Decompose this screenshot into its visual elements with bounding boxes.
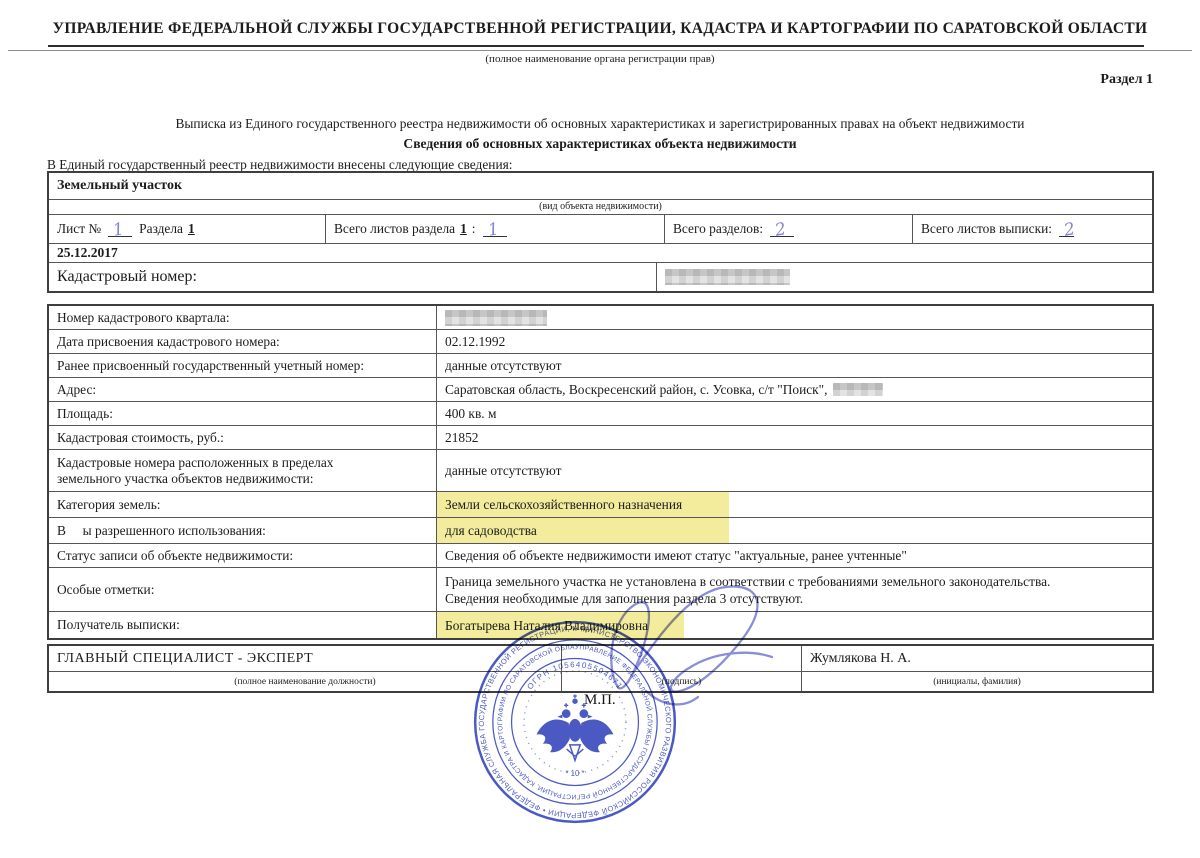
handwritten-number: 1 [483, 221, 507, 237]
row-label: В ы разрешенного использования: [49, 518, 437, 543]
row-label: Особые отметки: [49, 568, 437, 611]
redacted-block [665, 269, 790, 285]
row-value: 02.12.1992 [437, 330, 1152, 353]
table-row: В ы разрешенного использования:для садов… [49, 518, 1152, 544]
printed-text: Всего листов раздела [334, 221, 455, 237]
row-label: Кадастровые номера расположенных в преде… [49, 450, 437, 491]
org-name-caption: (полное наименование органа регистрации … [0, 53, 1200, 65]
name-caption: (инициалы, фамилия) [802, 672, 1152, 691]
signer-name: Жумлякова Н. А. [802, 646, 1152, 671]
row-value: 21852 [437, 426, 1152, 449]
handwritten-number: 2 [770, 221, 794, 237]
sheet-count-cell: Всего листов выписки:2 [913, 215, 1152, 243]
row-value: данные отсутствуют [437, 354, 1152, 377]
row-label: Кадастровая стоимость, руб.: [49, 426, 437, 449]
sheet-counts-row: Лист №1Раздела1Всего листов раздела1:1Вс… [49, 215, 1152, 244]
value-text: данные отсутствуют [445, 462, 561, 479]
value-text: Сведения об объекте недвижимости имеют с… [445, 547, 907, 564]
cadastral-number-value [657, 263, 1152, 291]
extract-date: 25.12.2017 [57, 245, 118, 261]
redacted-block [833, 383, 883, 396]
value-text: 400 кв. м [445, 405, 496, 422]
object-type: Земельный участок [57, 178, 182, 194]
value-text: 02.12.1992 [445, 333, 505, 350]
handwritten-number: 1 [108, 221, 132, 237]
row-label: Дата присвоения кадастрового номера: [49, 330, 437, 353]
org-name-title: УПРАВЛЕНИЕ ФЕДЕРАЛЬНОЙ СЛУЖБЫ ГОСУДАРСТВ… [45, 20, 1155, 38]
row-label: Кадастровый номер: [57, 268, 197, 286]
value-text: данные отсутствуют [445, 357, 561, 374]
row-value: 400 кв. м [437, 402, 1152, 425]
redacted-block [445, 310, 547, 326]
row-label: Ранее присвоенный государственный учетны… [49, 354, 437, 377]
table-row: Кадастровые номера расположенных в преде… [49, 450, 1152, 492]
row-label: Номер кадастрового квартала: [49, 306, 437, 329]
doc-title-line2: Сведения об основных характеристиках объ… [0, 136, 1200, 152]
doc-title-line1: Выписка из Единого государственного реес… [0, 116, 1200, 132]
value-text: 21852 [445, 429, 478, 446]
header-rule-thin [8, 50, 1192, 51]
sheet-count-cell: Лист №1Раздела1 [49, 215, 326, 243]
object-type-cell: Земельный участок [49, 173, 1152, 200]
handwritten-digit: 1 [112, 219, 126, 241]
stamp-bottom-number: * 10 * [565, 769, 584, 778]
handwritten-number: 2 [1059, 221, 1074, 237]
row-value: Сведения об объекте недвижимости имеют с… [437, 544, 1152, 567]
value-text: Земли сельскохозяйственного назначения [445, 496, 682, 513]
table-row: Адрес:Саратовская область, Воскресенский… [49, 378, 1152, 402]
row-label: Категория земель: [49, 492, 437, 517]
object-type-caption: (вид объекта недвижимости) [539, 201, 662, 212]
table-row: Кадастровая стоимость, руб.:21852 [49, 426, 1152, 450]
row-label: Адрес: [49, 378, 437, 401]
egrn-extract-page: УПРАВЛЕНИЕ ФЕДЕРАЛЬНОЙ СЛУЖБЫ ГОСУДАРСТВ… [0, 0, 1200, 858]
printed-text: Лист № [57, 221, 101, 237]
sheet-count-cell: Всего листов раздела1:1 [326, 215, 665, 243]
object-type-caption-cell: (вид объекта недвижимости) [49, 200, 1152, 215]
table-row: Номер кадастрового квартала: [49, 306, 1152, 330]
sheet-count-cell: Всего разделов:2 [665, 215, 913, 243]
row-value-highlighted: Земли сельскохозяйственного назначения [437, 492, 1152, 517]
table-row: Дата присвоения кадастрового номера:02.1… [49, 330, 1152, 354]
handwritten-digit: 2 [1062, 219, 1076, 241]
printed-number: 1 [188, 221, 195, 237]
row-value: Граница земельного участка не установлен… [437, 568, 1152, 611]
object-header-table: Земельный участок (вид объекта недвижимо… [47, 171, 1154, 293]
table-row: Площадь:400 кв. м [49, 402, 1152, 426]
row-value [437, 306, 1152, 329]
row-value-highlighted: для садоводства [437, 518, 1152, 543]
row-label: Статус записи об объекте недвижимости: [49, 544, 437, 567]
handwritten-signature [588, 580, 793, 720]
value-text: для садоводства [445, 522, 537, 539]
table-row: Категория земель:Земли сельскохозяйствен… [49, 492, 1152, 518]
handwritten-digit: 1 [486, 219, 500, 241]
printed-text: Раздела [139, 221, 183, 237]
row-value: Саратовская область, Воскресенский район… [437, 378, 1152, 401]
handwritten-digit: 2 [773, 219, 787, 241]
printed-text: Всего листов выписки: [921, 221, 1052, 237]
row-value: данные отсутствуют [437, 450, 1152, 491]
cadastral-number-row: Кадастровый номер: [49, 263, 1152, 291]
date-cell: 25.12.2017 [49, 244, 1152, 263]
section-label: Раздел 1 [1100, 72, 1153, 88]
cadastral-number-label: Кадастровый номер: [49, 263, 657, 291]
header-rule-thick [48, 45, 1144, 47]
value-text: Саратовская область, Воскресенский район… [445, 381, 828, 398]
table-row: Статус записи об объекте недвижимости:Св… [49, 544, 1152, 568]
row-label: Получатель выписки: [49, 612, 437, 638]
table-row: Ранее присвоенный государственный учетны… [49, 354, 1152, 378]
printed-text: : [472, 221, 476, 237]
printed-number: 1 [460, 221, 467, 237]
printed-text: Всего разделов: [673, 221, 763, 237]
row-label: Площадь: [49, 402, 437, 425]
